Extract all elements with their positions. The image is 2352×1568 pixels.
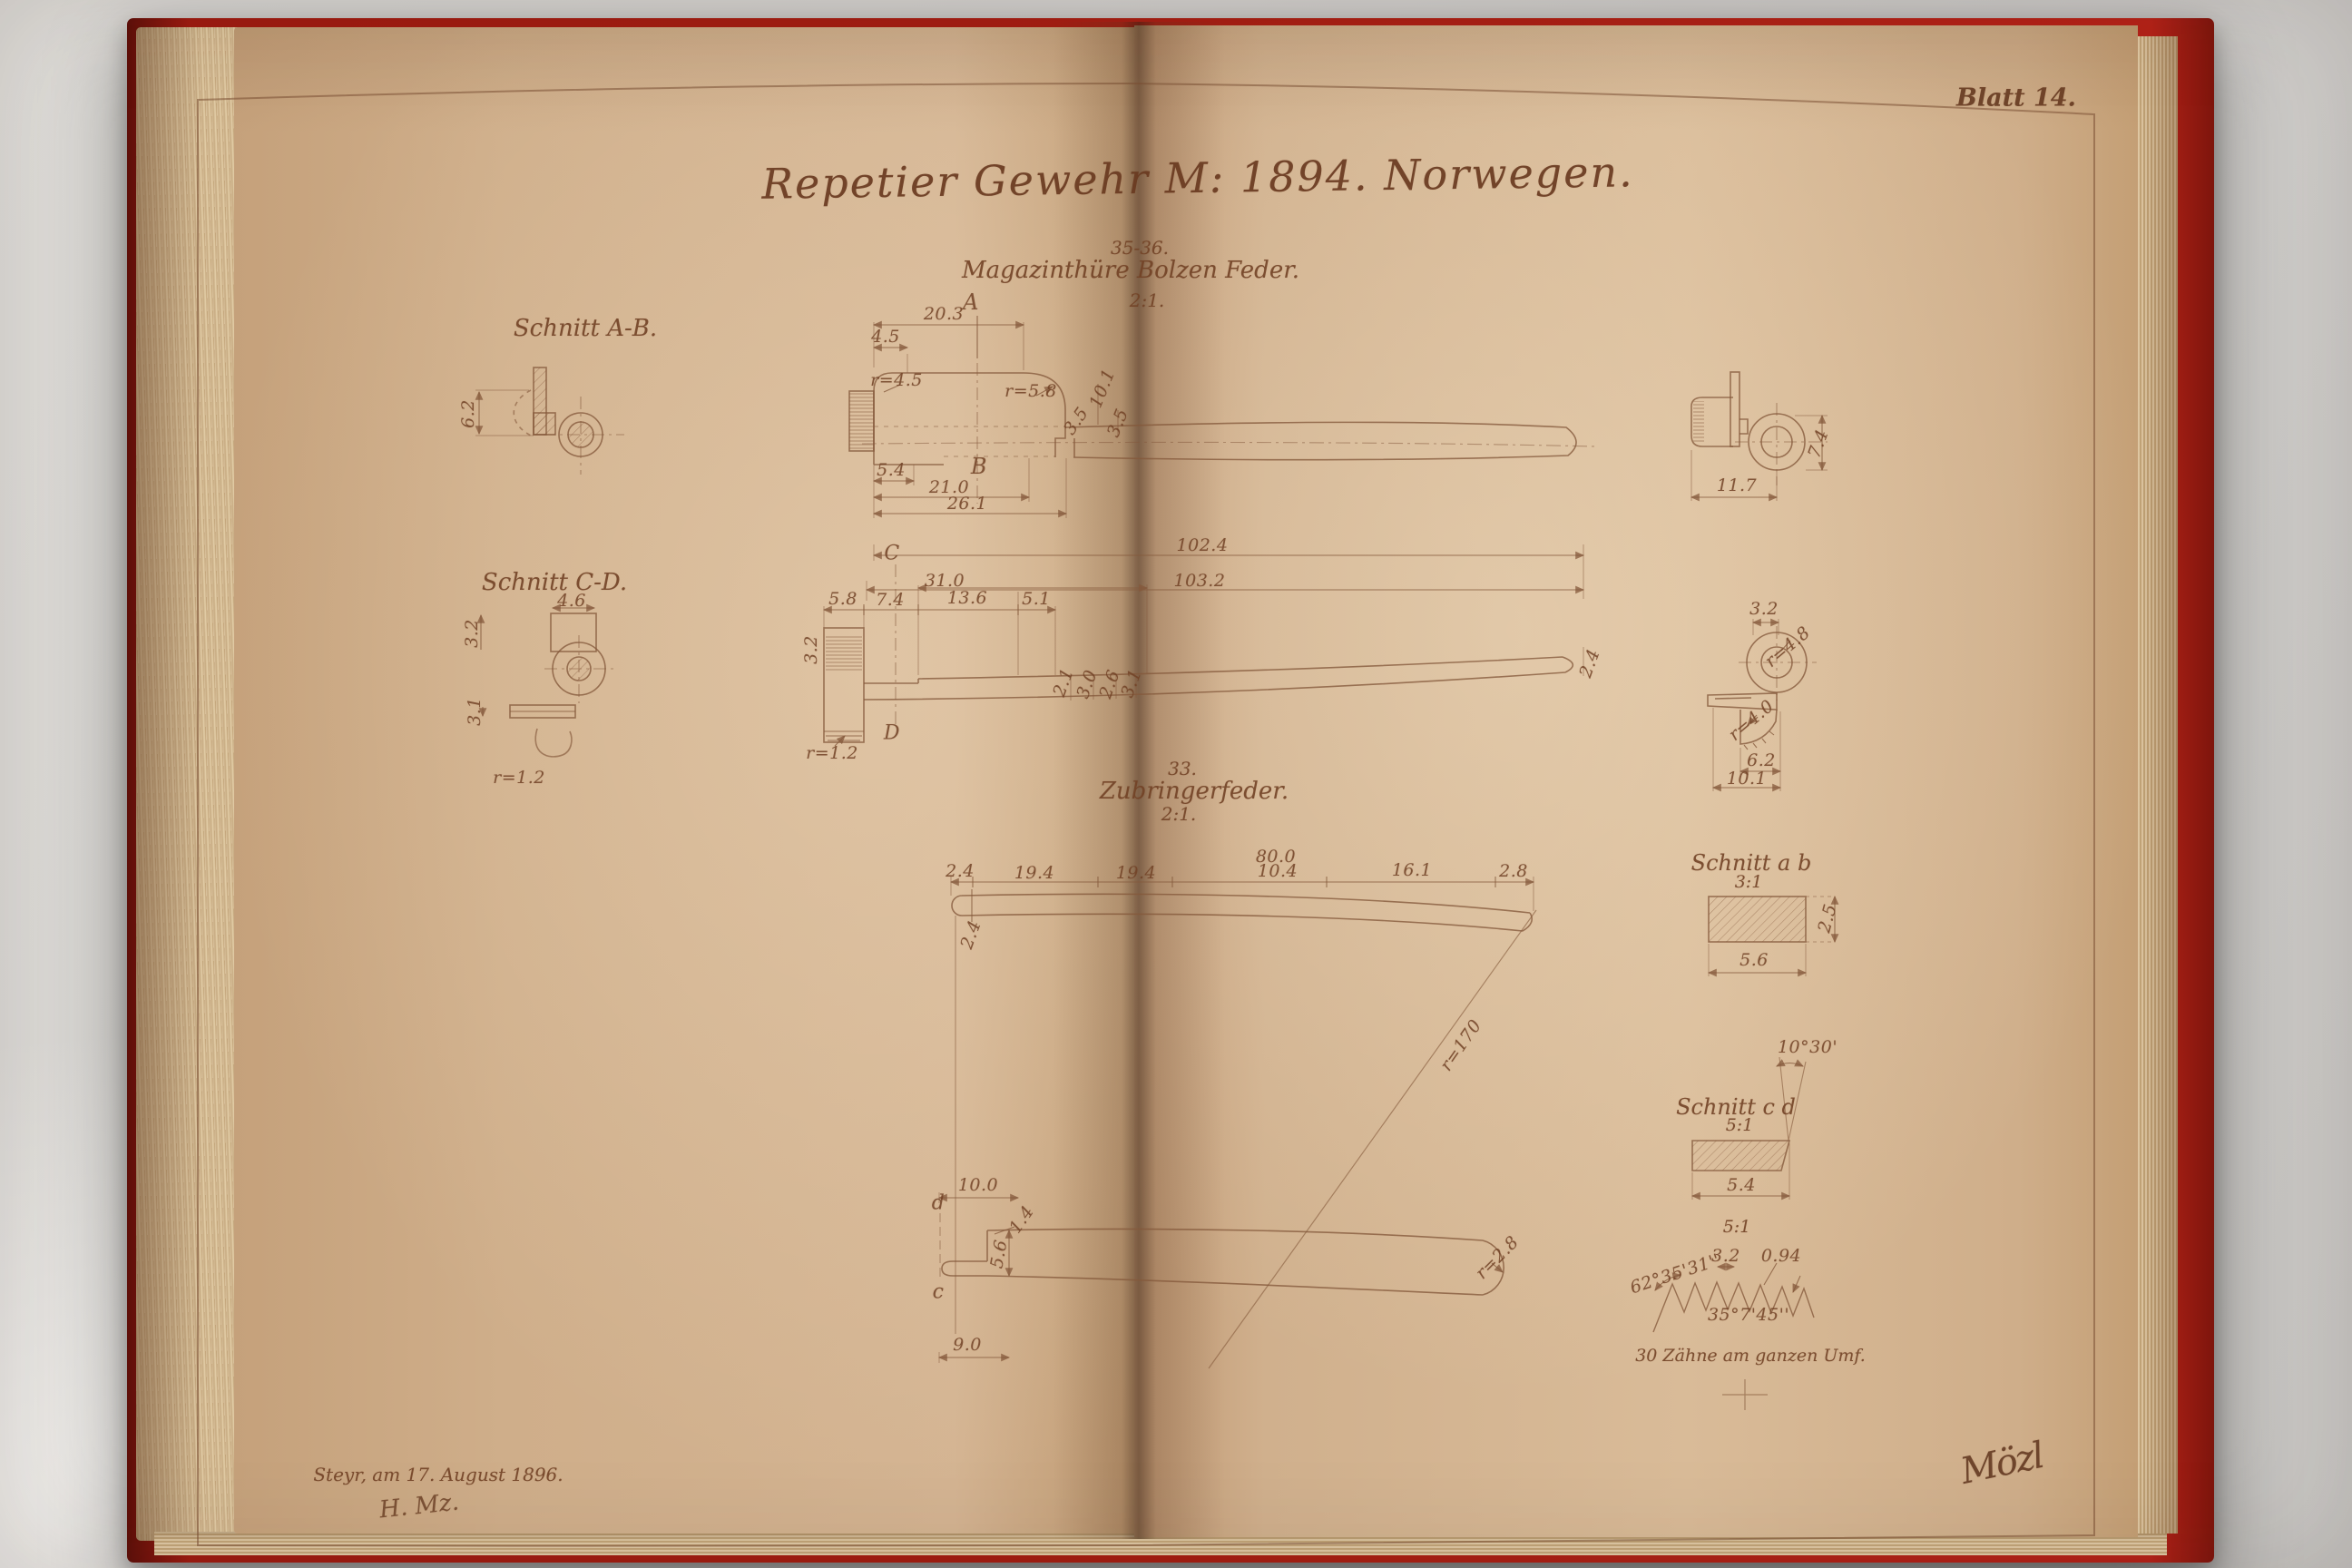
dimension-label: 2.8 (1499, 861, 1528, 881)
page-edge-stack-left (136, 27, 238, 1541)
section-letter-c-small: c (933, 1281, 945, 1304)
dimension-label: 11.7 (1717, 475, 1757, 495)
dimension-label: 102.4 (1177, 535, 1229, 555)
label-tooth-scale: 5:1 (1723, 1217, 1751, 1237)
label-schnitt-cd: Schnitt C-D. (482, 569, 627, 596)
dimension-label: 5.4 (1727, 1175, 1756, 1195)
dimension-label: 13.6 (947, 588, 987, 608)
group2-part-numbers: 33. (1168, 758, 1197, 779)
dimension-label: 19.4 (1014, 863, 1054, 883)
dimension-label: 3.2 (801, 635, 821, 664)
dimension-label: 3.1 (465, 697, 485, 726)
dimension-label: r=5.8 (1004, 381, 1057, 401)
dimension-label: 7.4 (876, 590, 905, 610)
dimension-label: 4.5 (871, 327, 900, 347)
dimension-label: 2.4 (946, 861, 975, 881)
dimension-label: 16.1 (1392, 860, 1432, 880)
dimension-label: 20.3 (924, 304, 964, 324)
dimension-label: 26.1 (947, 494, 987, 514)
dimension-label: 5.1 (1022, 589, 1051, 609)
dimension-label: r=4.5 (870, 370, 923, 390)
dimension-label: 5.8 (828, 589, 857, 609)
dimension-label: 6.2 (1747, 750, 1776, 770)
dimension-label: 10°30' (1778, 1037, 1837, 1057)
dimension-label: 6.2 (458, 399, 478, 428)
group1-part-numbers: 35-36. (1111, 237, 1169, 259)
section-letter-b: B (971, 454, 987, 479)
section-letter-d: D (884, 722, 900, 745)
group1-scale: 2:1. (1130, 289, 1165, 311)
label-schnitt-ab: Schnitt A-B. (514, 315, 657, 342)
dimension-label: 10.1 (1727, 769, 1767, 789)
dimension-label: 10.4 (1258, 861, 1298, 881)
label-schnitt-cd-small-scale: 5:1 (1726, 1115, 1754, 1135)
dimension-label: 5.6 (1739, 950, 1769, 970)
dimension-label: r=1.2 (806, 743, 858, 763)
label-schnitt-ab-small-scale: 3:1 (1735, 872, 1763, 892)
dimension-label: 3.2 (1711, 1246, 1740, 1266)
sheet-number: Blatt 14. (1956, 84, 2076, 113)
dimension-label: 3.2 (462, 619, 482, 648)
dimension-label: r=1.2 (493, 768, 545, 788)
page-edge-stack-right (2138, 36, 2178, 1534)
group2-scale: 2:1. (1161, 803, 1197, 825)
dimension-label: 5.4 (877, 460, 906, 480)
dimension-label: 35°7'45'' (1708, 1305, 1789, 1325)
dimension-label: 4.6 (557, 591, 586, 611)
footer-place-date: Steyr, am 17. August 1896. (313, 1464, 563, 1485)
dimension-label: 9.0 (953, 1335, 982, 1355)
dimension-label: 0.94 (1761, 1246, 1801, 1266)
dimension-label: 103.2 (1174, 571, 1226, 591)
dimension-label: 10.0 (958, 1175, 998, 1195)
dimension-label: 19.4 (1116, 863, 1156, 883)
group1-name: Magazinthüre Bolzen Feder. (962, 257, 1299, 284)
left-page (234, 27, 1134, 1534)
dimension-label: 3.2 (1749, 599, 1779, 619)
section-letter-c: C (884, 543, 899, 565)
photo-open-book: Repetier Gewehr M: 1894. Norwegen. Blatt… (0, 0, 2352, 1568)
group2-name: Zubringerfeder. (1100, 778, 1289, 805)
section-letter-d-small: d (932, 1192, 946, 1215)
section-letter-a: A (963, 289, 979, 315)
label-tooth-caption: 30 Zähne am ganzen Umf. (1635, 1346, 1866, 1366)
